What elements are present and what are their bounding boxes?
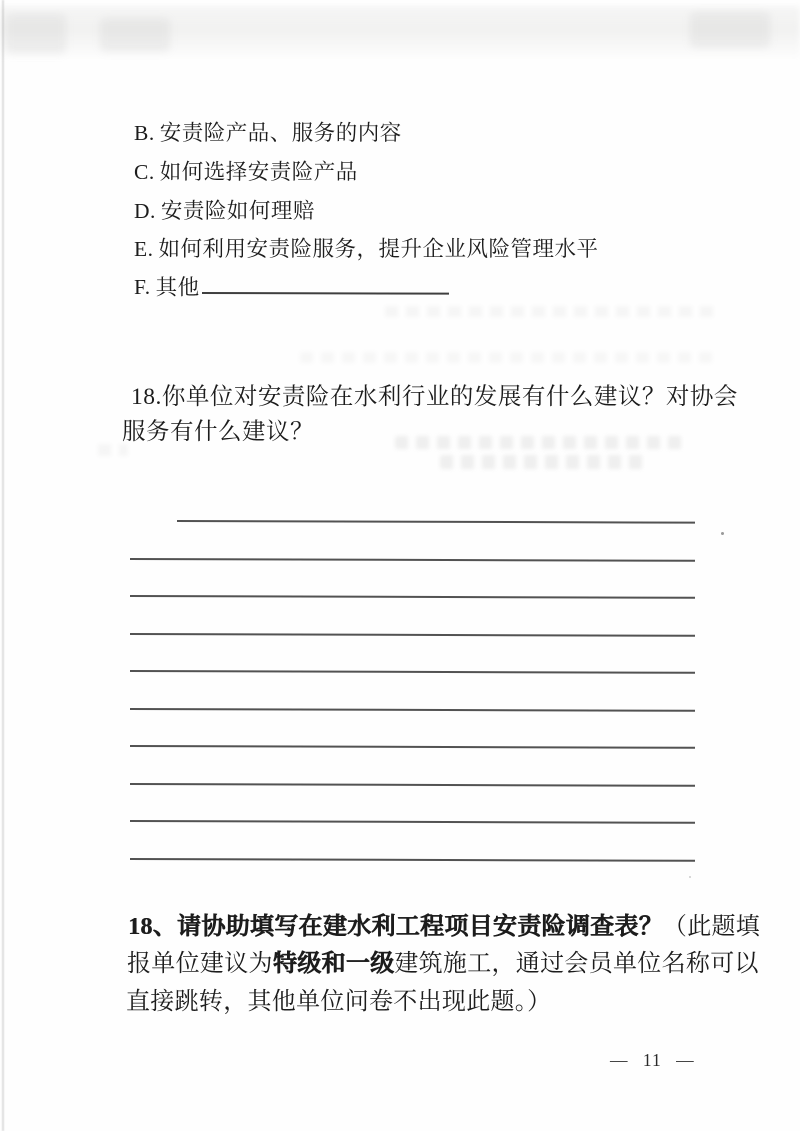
option-text: 其他 <box>156 275 200 299</box>
bleedthrough-smudge <box>385 306 715 317</box>
answer-line <box>130 820 695 824</box>
option-row-f: F.其他 <box>134 272 449 300</box>
option-label: B. <box>134 121 155 145</box>
answer-line <box>130 633 695 637</box>
page-number: — 11 — <box>610 1050 695 1071</box>
scan-shadow-blob <box>6 14 66 54</box>
question-18-survey-line2: 报单位建议为特级和一级建筑施工，通过会员单位名称可以 <box>127 951 759 977</box>
option-label: F. <box>134 275 151 299</box>
bleedthrough-smudge <box>300 352 720 363</box>
option-label: E. <box>134 237 154 261</box>
answer-line <box>130 595 695 599</box>
question-18-suggestions-line2: 服务有什么建议？ <box>122 420 314 446</box>
bleedthrough-smudge <box>395 436 685 449</box>
question-18-suggestions-line1: 18.你单位对安责险在水利行业的发展有什么建议？对协会 <box>131 385 738 411</box>
question-18-survey-line3: 直接跳转，其他单位问卷不出现此题。） <box>126 989 551 1015</box>
question-18-survey-line1: 18、请协助填写在建水利工程项目安责险调查表？（此题填 <box>128 914 760 940</box>
option-text: 如何利用安责险服务，提升企业风险管理水平 <box>159 237 599 261</box>
answer-line <box>130 858 695 862</box>
option-text: 如何选择安责险产品 <box>160 160 358 184</box>
answer-line <box>130 558 695 562</box>
survey-note-bold-text: 特级和一级 <box>273 951 395 977</box>
survey-question-note-text: （此题填 <box>663 914 760 940</box>
scan-edge-line <box>2 0 4 1131</box>
survey-note-text: 报单位建议为 <box>127 951 273 977</box>
option-row-e: E.如何利用安责险服务，提升企业风险管理水平 <box>134 237 599 262</box>
answer-line <box>130 783 695 787</box>
answer-line <box>130 745 695 749</box>
option-text: 安责险产品、服务的内容 <box>160 121 402 145</box>
bleedthrough-smudge <box>440 455 645 469</box>
scan-shadow-blob <box>100 18 170 52</box>
scan-speck <box>689 876 691 878</box>
option-row-b: B.安责险产品、服务的内容 <box>134 121 402 146</box>
answer-line <box>177 520 695 524</box>
scan-shadow-blob <box>690 12 770 48</box>
option-row-c: C.如何选择安责险产品 <box>134 160 358 185</box>
option-label: D. <box>134 199 156 223</box>
option-row-d: D.安责险如何理赔 <box>134 199 315 224</box>
scanned-document-page: B.安责险产品、服务的内容 C.如何选择安责险产品 D.安责险如何理赔 E.如何… <box>0 0 800 1131</box>
scan-speck <box>721 532 724 535</box>
option-text: 安责险如何理赔 <box>161 199 315 223</box>
answer-line <box>130 708 695 712</box>
answer-line <box>130 670 695 674</box>
survey-question-bold-text: 18、请协助填写在建水利工程项目安责险调查表？ <box>128 914 663 940</box>
survey-note-text: 建筑施工，通过会员单位名称可以 <box>394 951 759 977</box>
other-option-blank-line <box>202 272 449 295</box>
option-label: C. <box>134 160 155 184</box>
